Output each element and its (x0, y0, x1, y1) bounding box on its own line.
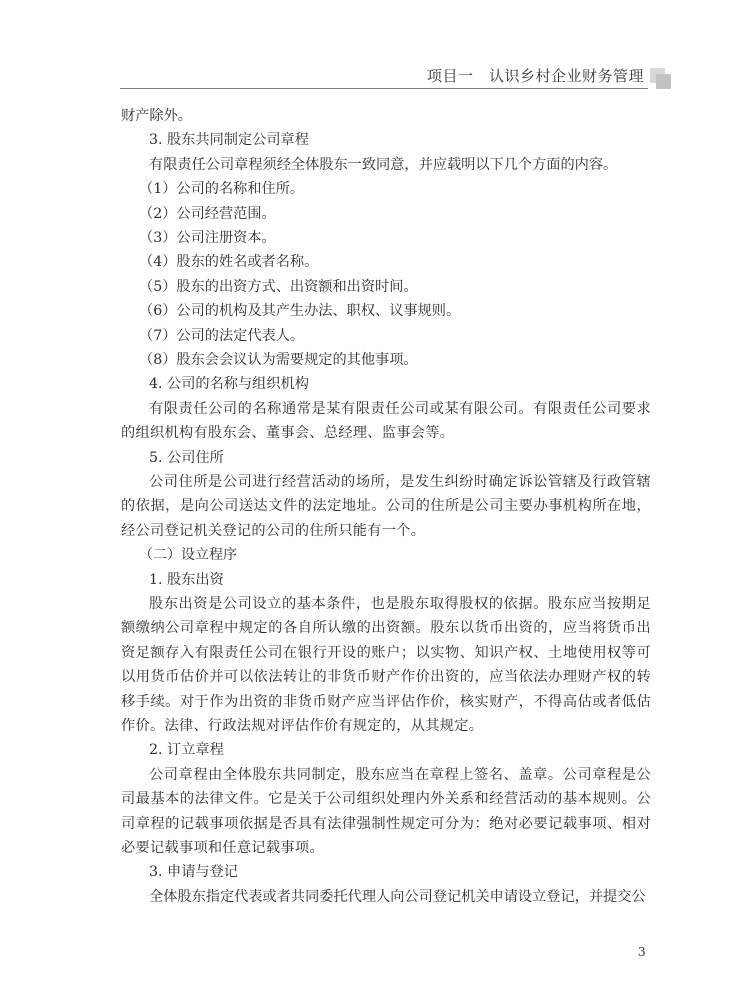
paragraph-name-org: 有限责任公司的名称通常是某有限责任公司或某有限公司。有限责任公司要求的组织机构有… (121, 397, 651, 446)
paragraph-domicile: 公司住所是公司进行经营活动的场所，是发生纠纷时确定诉讼管辖及行政管辖的依据，是向… (121, 470, 651, 543)
heading-capital: 1. 股东出资 (121, 568, 651, 592)
paragraph-charter-intro: 有限责任公司章程须经全体股东一致同意，并应载明以下几个方面的内容。 (121, 153, 651, 177)
section-heading-procedure: （二）设立程序 (121, 543, 651, 567)
paragraph-charter: 公司章程由全体股东共同制定，股东应当在章程上签名、盖章。公司章程是公司最基本的法… (121, 763, 651, 861)
heading-register: 3. 申请与登记 (121, 860, 651, 884)
heading-5-domicile: 5. 公司住所 (121, 446, 651, 470)
list-item: （6）公司的机构及其产生办法、职权、议事规则。 (121, 299, 651, 323)
header-title: 项目一 认识乡村企业财务管理 (427, 65, 644, 86)
list-item: （2）公司经营范围。 (121, 202, 651, 226)
header-decoration-square-dark (656, 74, 671, 89)
heading-charter: 2. 订立章程 (121, 738, 651, 762)
continued-text: 财产除外。 (121, 104, 651, 128)
list-item: （3）公司注册资本。 (121, 226, 651, 250)
heading-3-charter: 3. 股东共同制定公司章程 (121, 128, 651, 152)
paragraph-register: 全体股东指定代表或者共同委托代理人向公司登记机关申请设立登记，并提交公 (121, 885, 651, 909)
list-item: （1）公司的名称和住所。 (121, 177, 651, 201)
list-item: （5）股东的出资方式、出资额和出资时间。 (121, 275, 651, 299)
page-number: 3 (638, 945, 646, 959)
list-item: （4）股东的姓名或者名称。 (121, 250, 651, 274)
list-item: （8）股东会会议认为需要规定的其他事项。 (121, 348, 651, 372)
heading-4-name-org: 4. 公司的名称与组织机构 (121, 372, 651, 396)
page-body: 财产除外。 3. 股东共同制定公司章程 有限责任公司章程须经全体股东一致同意，并… (121, 104, 651, 909)
list-item: （7）公司的法定代表人。 (121, 324, 651, 348)
paragraph-capital: 股东出资是公司设立的基本条件，也是股东取得股权的依据。股东应当按期足额缴纳公司章… (121, 592, 651, 738)
running-header: 项目一 认识乡村企业财务管理 (120, 62, 648, 89)
